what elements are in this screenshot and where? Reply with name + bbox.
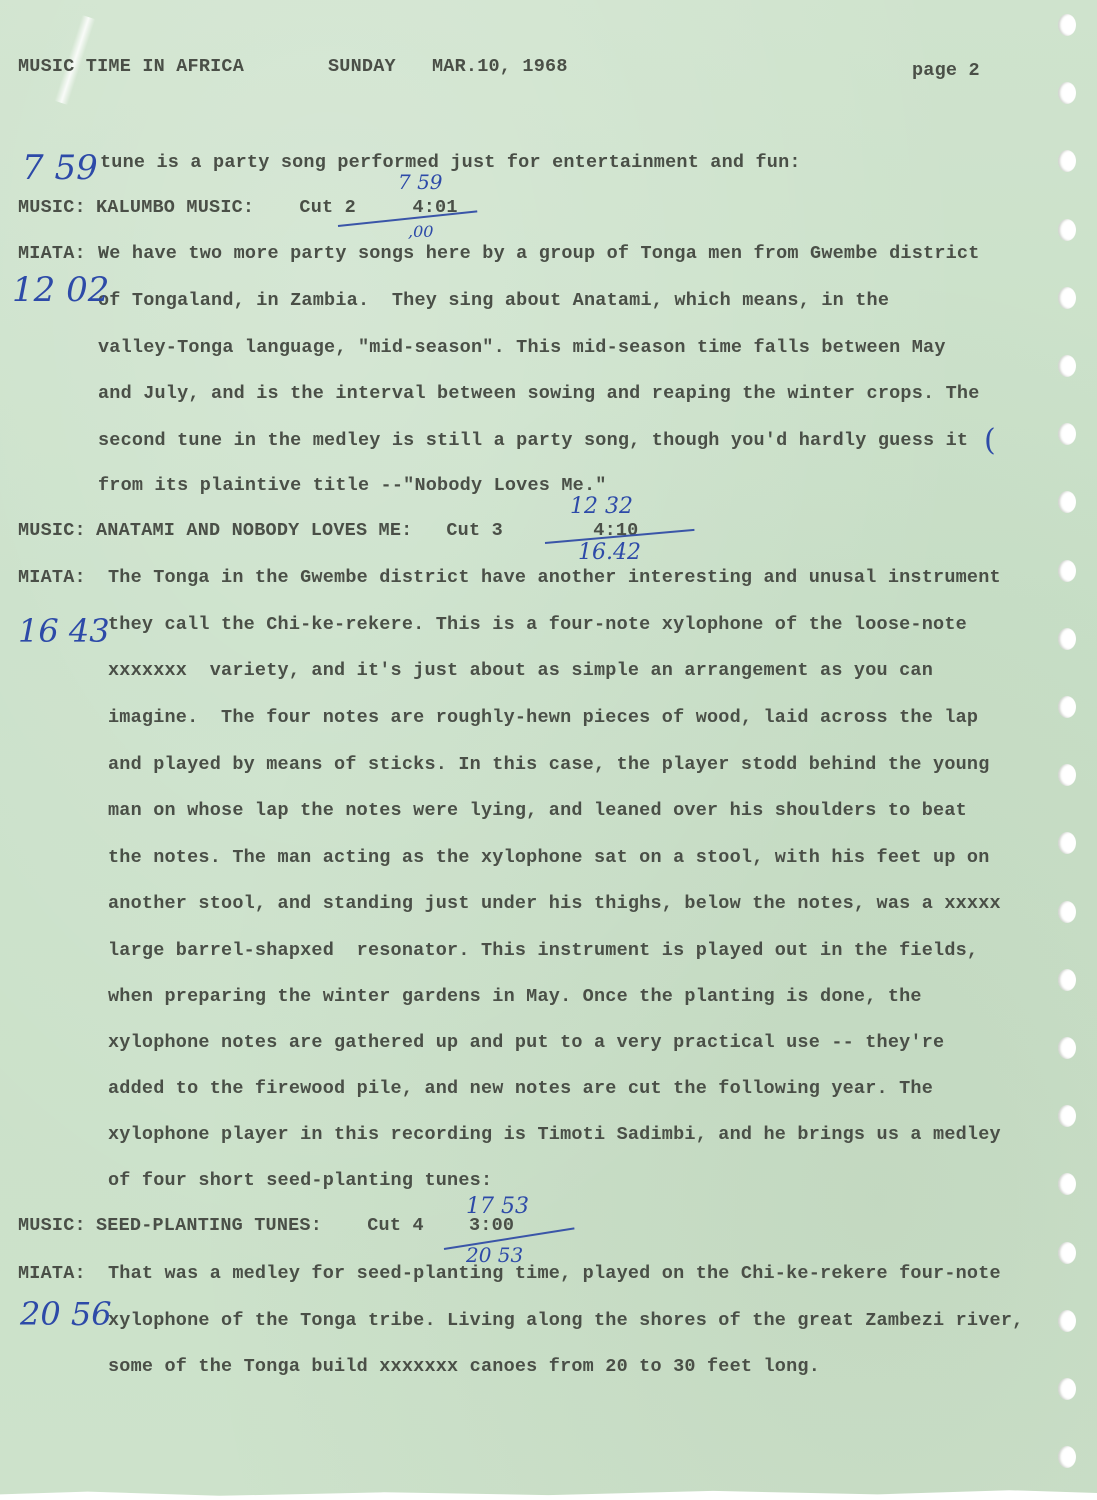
- transcript-line: added to the firewood pile, and new note…: [108, 1078, 933, 1099]
- handwritten-cut3-start: 12 32: [570, 494, 633, 519]
- binder-hole: [1058, 832, 1076, 854]
- handwritten-cut3-end: 16.42: [578, 540, 641, 565]
- header-date: MAR.10, 1968: [432, 56, 568, 77]
- transcript-line: SEED-PLANTING TUNES: Cut 4 3:00: [96, 1215, 514, 1236]
- transcript-line: large barrel-shapxed resonator. This ins…: [108, 940, 978, 961]
- transcript-line: second tune in the medley is still a par…: [98, 430, 968, 451]
- binder-hole: [1058, 560, 1076, 582]
- binder-hole: [1058, 1173, 1076, 1195]
- transcript-line: and July, and is the interval between so…: [98, 383, 980, 404]
- transcript-line: from its plaintive title --"Nobody Loves…: [98, 475, 607, 496]
- transcript-line: of four short seed-planting tunes:: [108, 1170, 492, 1191]
- handwritten-cut4-start: 17 53: [466, 1194, 529, 1219]
- handwritten-tick-mark: (: [984, 423, 996, 458]
- binder-hole: [1058, 696, 1076, 718]
- transcript-line: xylophone notes are gathered up and put …: [108, 1032, 944, 1053]
- handwritten-cut2-end: ,00: [408, 222, 433, 241]
- binder-hole: [1058, 82, 1076, 104]
- binder-hole: [1058, 969, 1076, 991]
- binder-hole: [1058, 491, 1076, 513]
- binder-hole: [1058, 355, 1076, 377]
- transcript-line: KALUMBO MUSIC: Cut 2 4:01: [96, 197, 458, 218]
- transcript-line: tune is a party song performed just for …: [100, 152, 801, 173]
- binder-hole: [1058, 423, 1076, 445]
- transcript-line: imagine. The four notes are roughly-hewn…: [108, 707, 978, 728]
- binder-hole: [1058, 764, 1076, 786]
- binder-hole: [1058, 1446, 1076, 1468]
- handwritten-cut2-start: 7 59: [398, 170, 443, 194]
- transcript-line: ANATAMI AND NOBODY LOVES ME: Cut 3 4:10: [96, 520, 639, 541]
- transcript-line: and played by means of sticks. In this c…: [108, 754, 990, 775]
- transcript-line: another stool, and standing just under h…: [108, 893, 1001, 914]
- binder-hole: [1058, 219, 1076, 241]
- handwritten-time-margin-4: 20 56: [20, 1295, 112, 1333]
- speaker-label: MUSIC:: [18, 520, 86, 541]
- binder-hole: [1058, 1242, 1076, 1264]
- transcript-line: when preparing the winter gardens in May…: [108, 986, 922, 1007]
- speaker-label: MIATA:: [18, 243, 86, 264]
- transcript-line: the notes. The man acting as the xylopho…: [108, 847, 990, 868]
- transcript-line: The Tonga in the Gwembe district have an…: [108, 567, 1001, 588]
- handwritten-time-margin-3: 16 43: [18, 612, 110, 650]
- speaker-label: MUSIC:: [18, 1215, 86, 1236]
- document-page: MUSIC TIME IN AFRICA SUNDAY MAR.10, 1968…: [0, 0, 1097, 1500]
- transcript-line: man on whose lap the notes were lying, a…: [108, 800, 967, 821]
- binder-hole: [1058, 1378, 1076, 1400]
- binder-hole: [1058, 1037, 1076, 1059]
- transcript-line: That was a medley for seed-planting time…: [108, 1263, 1001, 1284]
- handwritten-time-margin-1: 7 59: [22, 148, 98, 188]
- page-number: page 2: [912, 60, 980, 81]
- transcript-line: some of the Tonga build xxxxxxx canoes f…: [108, 1356, 820, 1377]
- binder-hole: [1058, 901, 1076, 923]
- binder-hole: [1058, 150, 1076, 172]
- header-day: SUNDAY: [328, 56, 396, 77]
- handwritten-cut4-end: 20 53: [466, 1243, 523, 1267]
- speaker-label: MIATA:: [18, 1263, 86, 1284]
- binder-hole: [1058, 1105, 1076, 1127]
- binder-hole: [1058, 14, 1076, 36]
- transcript-line: they call the Chi-ke-rekere. This is a f…: [108, 614, 967, 635]
- transcript-line: of Tongaland, in Zambia. They sing about…: [98, 290, 889, 311]
- transcript-line: xylophone player in this recording is Ti…: [108, 1124, 1001, 1145]
- handwritten-time-margin-2: 12 02: [12, 270, 109, 310]
- binder-hole: [1058, 287, 1076, 309]
- transcript-line: xxxxxxx variety, and it's just about as …: [108, 660, 933, 681]
- transcript-line: We have two more party songs here by a g…: [98, 243, 980, 264]
- transcript-line: xylophone of the Tonga tribe. Living alo…: [108, 1310, 1023, 1331]
- binder-hole: [1058, 628, 1076, 650]
- program-title: MUSIC TIME IN AFRICA: [18, 56, 244, 77]
- transcript-line: valley-Tonga language, "mid-season". Thi…: [98, 337, 946, 358]
- binder-hole: [1058, 1310, 1076, 1332]
- speaker-label: MIATA:: [18, 567, 86, 588]
- speaker-label: MUSIC:: [18, 197, 86, 218]
